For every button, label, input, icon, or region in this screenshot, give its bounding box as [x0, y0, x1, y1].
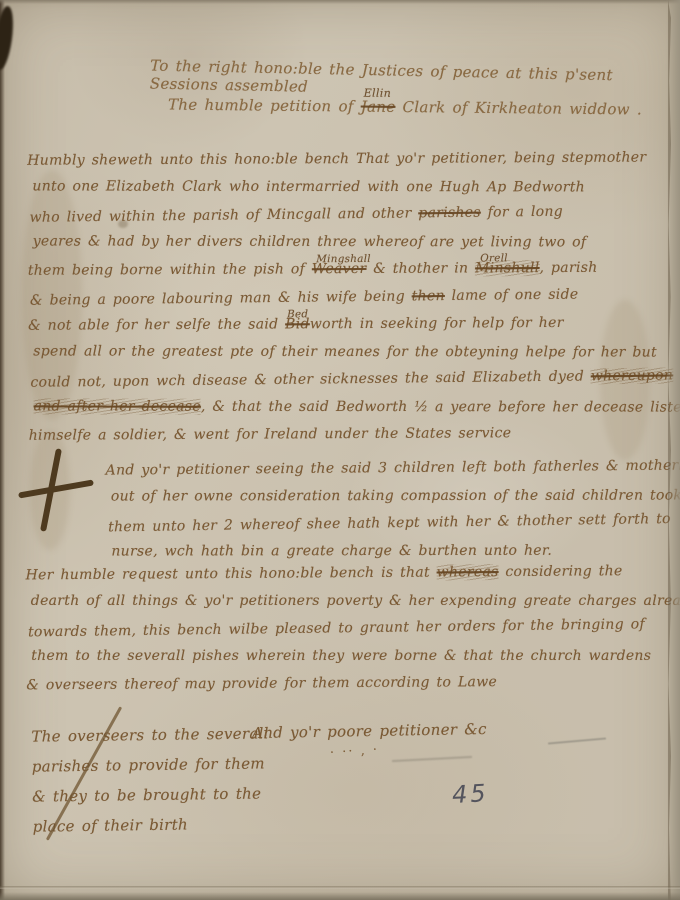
petition-body-paragraph-2: And yo'r petitioner seeing the said 3 ch…: [106, 452, 680, 567]
pencil-smudge: [392, 756, 472, 762]
paper-bottom-edge: [0, 892, 680, 900]
line-text: , parish: [539, 260, 597, 276]
line-text: who lived within the parish of Mincgall …: [29, 205, 418, 225]
line-text: & thother in: [366, 260, 475, 277]
struck-phrase: and after her decease: [34, 398, 201, 414]
manuscript-line: Her humble request unto this hono:ble be…: [26, 558, 680, 590]
line-text: Her humble request unto this hono:ble be…: [26, 564, 437, 583]
line-text: spend all or the greatest pte of their m…: [33, 343, 657, 360]
line-text: The overseers to the severall: [31, 724, 269, 745]
paper-sheet: To the right hono:ble the Justices of pe…: [0, 0, 680, 900]
interlinear-correction: OrellMinshull: [475, 255, 540, 283]
folio-number: 45: [451, 779, 489, 809]
manuscript-line: The overseers to the severall: [31, 718, 269, 751]
title-text: Clark of Kirkheaton widdow .: [395, 98, 642, 119]
line-text: them unto her 2 whereof shee hath kept w…: [108, 511, 671, 535]
cross-stroke: [18, 479, 94, 498]
manuscript-line: parishes to provide for them: [32, 748, 270, 781]
fold-crease: [0, 886, 680, 889]
line-text: them to the severall pishes wherein they…: [31, 647, 651, 663]
manuscript-line: & they to be brought to the: [32, 778, 270, 811]
line-text: lame of one side: [445, 286, 579, 304]
manuscript-line: dearth of all things & yo'r petitioners …: [31, 587, 680, 615]
inserted-word: Orell: [480, 245, 508, 273]
title-text: The humble petition of: [168, 96, 361, 116]
petition-request-paragraph: Her humble request unto this hono:ble be…: [26, 558, 680, 700]
petition-body-paragraph-1: Humbly sheweth unto this hono:ble bench …: [27, 144, 680, 450]
manuscript-line: place of their birth: [32, 808, 270, 841]
line-text: for a long: [481, 204, 563, 221]
line-text: himselfe a soldier, & went for Ireland u…: [29, 425, 512, 444]
closing-text: And yo'r poore petitioner &c: [252, 720, 487, 742]
line-text: considering the: [499, 563, 623, 580]
manuscript-line: who lived within the parish of Mincgall …: [29, 197, 680, 232]
paper-left-edge: [0, 0, 5, 900]
manuscript-line: towards them, this bench wilbe pleased t…: [28, 611, 680, 647]
struck-word: then: [412, 288, 445, 304]
line-text: could not, upon wch disease & other sick…: [30, 368, 591, 390]
manuscript-line: & overseers thereof may provide for them…: [26, 668, 680, 700]
interlinear-correction: BedBid: [285, 311, 310, 339]
line-text: worth in seeking for help for her: [310, 315, 564, 332]
struck-word: whereas: [437, 564, 499, 580]
inserted-word: Mingshall: [316, 246, 371, 274]
line-text: nurse, wch hath bin a greate charge & bu…: [111, 542, 552, 559]
manuscript-line: them unto her 2 whereof shee hath kept w…: [108, 506, 680, 542]
struck-word: parishes: [418, 205, 481, 222]
paper-corner-damage: [0, 5, 16, 71]
line-text: Humbly sheweth unto this hono:ble bench …: [27, 149, 646, 168]
deckle-edge: [668, 0, 671, 900]
line-text: dearth of all things & yo'r petitioners …: [31, 592, 680, 608]
manuscript-photo: To the right hono:ble the Justices of pe…: [0, 0, 680, 900]
line-text: & being a poore labouring man & his wife…: [30, 288, 412, 308]
pen-scribble: · ·· , ·: [330, 742, 380, 760]
line-text: unto one Elizabeth Clark who intermarrie…: [32, 178, 585, 195]
struck-word: whereupon: [591, 367, 674, 384]
petition-closing-line: And yo'r poore petitioner &c: [252, 720, 487, 742]
manuscript-line: spend all or the greatest pte of their m…: [33, 338, 680, 367]
margin-cross-mark: [16, 446, 96, 536]
manuscript-line: could not, upon wch disease & other sick…: [30, 362, 680, 397]
inserted-word: Bed: [287, 301, 308, 329]
line-text: parishes to provide for them: [32, 754, 265, 775]
interlinear-correction: EllinJane: [361, 98, 396, 116]
petition-title-line: The humble petition of EllinJane Clark o…: [168, 96, 642, 119]
manuscript-line: Humbly sheweth unto this hono:ble bench …: [27, 144, 680, 175]
line-text: towards them, this bench wilbe pleased t…: [28, 616, 645, 640]
line-text: , & that the said Bedworth ½ a yeare bef…: [201, 398, 680, 415]
manuscript-line: And yo'r petitioner seeing the said 3 ch…: [106, 452, 680, 485]
line-text: out of her owne consideration taking com…: [111, 487, 680, 504]
pencil-smudge: [548, 737, 606, 744]
interlinear-correction: MingshallWeaver: [312, 256, 367, 284]
manuscript-line: unto one Elizabeth Clark who intermarrie…: [32, 173, 680, 202]
manuscript-line: and after her decease, & that the said B…: [34, 393, 680, 422]
line-text: & overseers thereof may provide for them…: [26, 674, 497, 693]
inserted-name: Ellin: [364, 87, 392, 100]
line-text: them being borne within the pish of: [28, 261, 312, 278]
manuscript-line: them to the severall pishes wherein they…: [31, 642, 680, 670]
paper-top-edge: [0, 0, 680, 4]
line-text: And yo'r petitioner seeing the said 3 ch…: [106, 457, 680, 478]
line-text: & not able for her selfe the said: [28, 316, 285, 333]
court-order-note: The overseers to the severall parishes t…: [31, 718, 270, 841]
manuscript-line: himselfe a soldier, & went for Ireland u…: [29, 419, 680, 450]
